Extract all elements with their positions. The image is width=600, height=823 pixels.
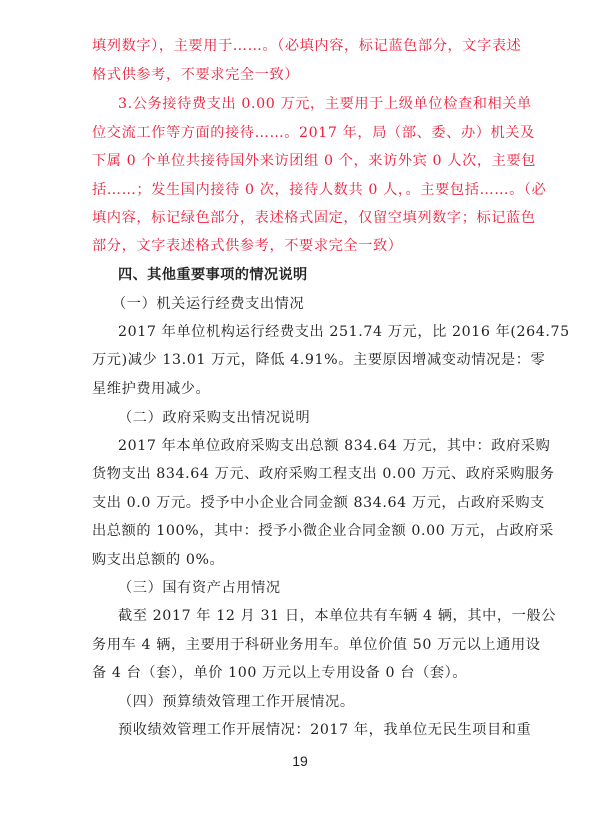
text-line: 格式供参考，不要求完全一致） xyxy=(92,66,532,84)
text-line: 出总额的 100%，其中：授予小微企业合同金额 0.00 万元，占政府采 xyxy=(92,522,532,540)
text-line: 备 4 台（套），单价 100 万元以上专用设备 0 台（套）。 xyxy=(92,664,532,682)
subsection-heading: （二）政府采购支出情况说明 xyxy=(118,409,558,427)
subsection-heading: （一）机关运行经费支出情况 xyxy=(112,295,552,313)
text-line: 位交流工作等方面的接待……。2017 年，局（部、委、办）机关及 xyxy=(92,124,532,142)
text-line: 购支出总额的 0%。 xyxy=(92,551,532,569)
page-number: 19 xyxy=(0,753,600,769)
text-line: 填列数字），主要用于……。（必填内容，标记蓝色部分，文字表述 xyxy=(92,37,532,55)
document-page: 填列数字），主要用于……。（必填内容，标记蓝色部分，文字表述 格式供参考，不要求… xyxy=(0,0,600,823)
section-heading: 四、其他重要事项的情况说明 xyxy=(118,266,558,284)
text-line: 截至 2017 年 12 月 31 日，本单位共有车辆 4 辆，其中，一般公 xyxy=(118,607,558,625)
text-line: 预收绩效管理工作开展情况：2017 年，我单位无民生项目和重 xyxy=(118,721,558,739)
text-line: 括……；发生国内接待 0 次，接待人数共 0 人，。主要包括……。（必 xyxy=(92,181,532,199)
subsection-heading: （四）预算绩效管理工作开展情况。 xyxy=(118,693,558,711)
text-line: 务用车 4 辆，主要用于科研业务用车。单位价值 50 万元以上通用设 xyxy=(92,636,532,654)
text-line: 3.公务接待费支出 0.00 万元，主要用于上级单位检查和相关单 xyxy=(118,95,558,113)
text-line: 下属 0 个单位共接待国外来访团组 0 个，来访外宾 0 人次，主要包 xyxy=(92,152,532,170)
text-line: 填内容，标记绿色部分，表述格式固定，仅留空填列数字；标记蓝色 xyxy=(92,209,532,227)
text-line: 2017 年本单位政府采购支出总额 834.64 万元，其中：政府采购 xyxy=(118,437,558,455)
text-line: 货物支出 834.64 万元、政府采购工程支出 0.00 万元、政府采购服务 xyxy=(92,465,532,483)
text-line: 2017 年单位机构运行经费支出 251.74 万元，比 2016 年(264.… xyxy=(118,323,558,341)
text-line: 万元)减少 13.01 万元，降低 4.91%。主要原因增减变动情况是：零 xyxy=(92,351,532,369)
subsection-heading: （三）国有资产占用情况 xyxy=(118,579,558,597)
text-line: 星维护费用减少。 xyxy=(92,380,532,398)
text-line: 部分，文字表述格式供参考，不要求完全一致） xyxy=(92,237,532,255)
text-line: 支出 0.0 万元。授予中小企业合同金额 834.64 万元，占政府采购支 xyxy=(92,494,532,512)
